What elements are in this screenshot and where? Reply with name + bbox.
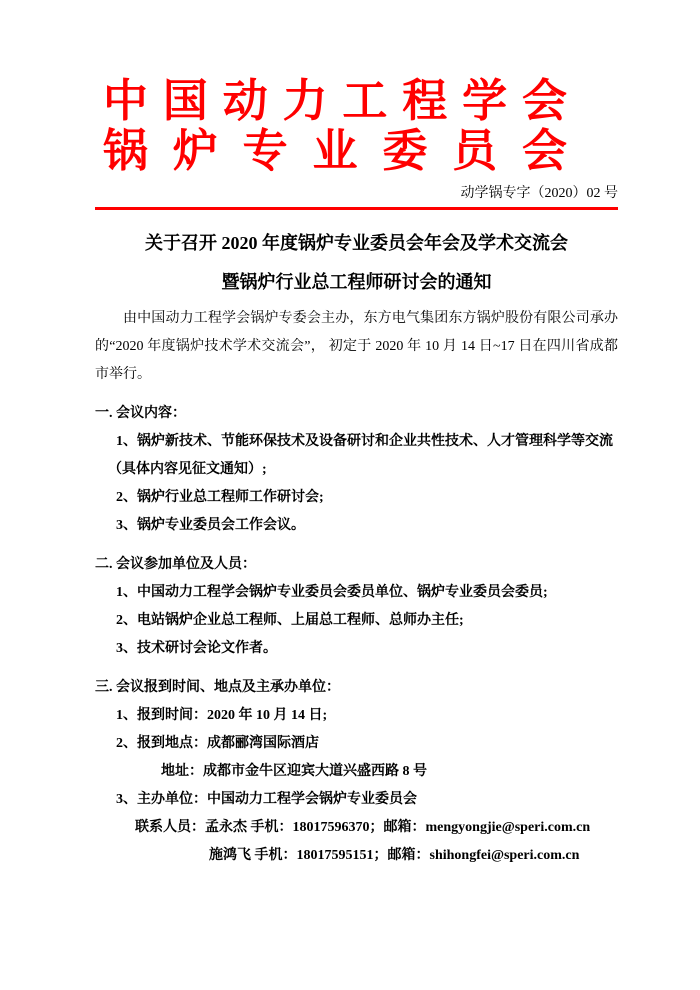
list-item: 3、锅炉专业委员会工作会议。 <box>95 512 618 540</box>
section-registration: 三. 会议报到时间、地点及主承办单位： 1、报到时间：2020 年 10 月 1… <box>95 674 618 870</box>
section-heading: 一. 会议内容： <box>95 400 618 428</box>
doc-number: 动学锅专字（2020）02 号 <box>95 184 618 204</box>
list-item: 2、锅炉行业总工程师工作研讨会; <box>95 484 618 512</box>
list-item-organizer: 3、主办单位：中国动力工程学会锅炉专业委员会 <box>95 786 618 814</box>
list-item: 3、技术研讨会论文作者。 <box>95 635 618 663</box>
list-item: 1、锅炉新技术、节能环保技术及设备研讨和企业共性技术、人才管理科学等交流 <box>95 428 618 456</box>
notice-document-page: 中国动力工程学会 锅炉专业委员会 动学锅专字（2020）02 号 关于召开 20… <box>0 0 700 990</box>
org-name-line2: 锅炉专业委员会 <box>103 126 567 176</box>
section-heading: 二. 会议参加单位及人员： <box>95 551 618 579</box>
list-item: 2、电站锅炉企业总工程师、上届总工程师、总师办主任; <box>95 607 618 635</box>
list-item-note: （具体内容见征文通知）; <box>95 456 618 484</box>
hotel-address: 地址：成都市金牛区迎宾大道兴盛西路 8 号 <box>95 758 618 786</box>
header-rule <box>95 207 618 210</box>
notice-title-line1: 关于召开 2020 年度锅炉专业委员会年会及学术交流会 <box>95 231 618 255</box>
contact-line-1: 联系人员：孟永杰 手机：18017596370；邮箱：mengyongjie@s… <box>95 814 618 842</box>
list-item-checkin-place: 2、报到地点：成都郦湾国际酒店 <box>95 730 618 758</box>
list-item: 1、中国动力工程学会锅炉专业委员会委员单位、锅炉专业委员会委员; <box>95 579 618 607</box>
content-column: 中国动力工程学会 锅炉专业委员会 动学锅专字（2020）02 号 关于召开 20… <box>95 0 618 870</box>
section-heading: 三. 会议报到时间、地点及主承办单位： <box>95 674 618 702</box>
section-participants: 二. 会议参加单位及人员： 1、中国动力工程学会锅炉专业委员会委员单位、锅炉专业… <box>95 551 618 663</box>
notice-title-line2: 暨锅炉行业总工程师研讨会的通知 <box>95 270 618 294</box>
section-meeting-content: 一. 会议内容： 1、锅炉新技术、节能环保技术及设备研讨和企业共性技术、人才管理… <box>95 400 618 540</box>
org-name-line1: 中国动力工程学会 <box>103 76 567 126</box>
org-letterhead: 中国动力工程学会 锅炉专业委员会 <box>95 76 618 176</box>
list-item-checkin-time: 1、报到时间：2020 年 10 月 14 日; <box>95 702 618 730</box>
intro-paragraph: 由中国动力工程学会锅炉专委会主办，东方电气集团东方锅炉股份有限公司承办的“202… <box>95 305 618 389</box>
contact-line-2: 施鸿飞 手机：18017595151；邮箱：shihongfei@speri.c… <box>95 842 618 870</box>
